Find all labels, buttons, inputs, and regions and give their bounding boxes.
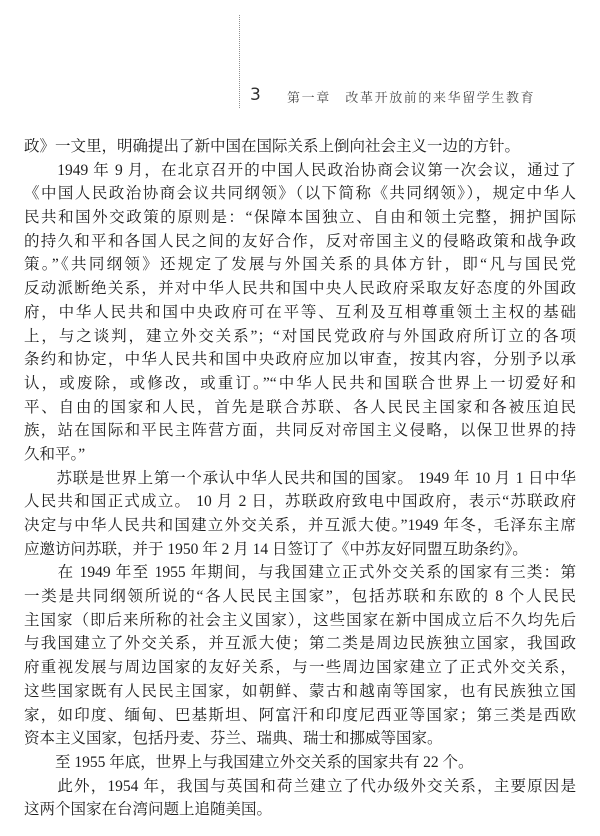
text-line: 决定与中华人民共和国建立外交关系，并互派大使。”1949 年冬，毛泽东主席 — [24, 514, 576, 538]
text-line: 此外，1954 年，我国与英国和荷兰建立了代办级外交关系，主要原因是 — [24, 775, 576, 799]
text-line: 政》一文里，明确提出了新中国在国际关系上倒向社会主义一边的方针。 — [24, 135, 576, 159]
header-divider-rule — [239, 15, 240, 108]
text-line: 资本主义国家，包括丹麦、芬兰、瑞典、瑞士和挪威等国家。 — [24, 727, 576, 751]
text-line: 族，站在国际和平民主阵营方面，共同反对帝国主义侵略，以保卫世界的持 — [24, 419, 576, 443]
text-line: 平、自由的国家和人民，首先是联合苏联、各人民民主国家和各被压迫民 — [24, 396, 576, 420]
text-line: 家，如印度、缅甸、巴基斯坦、阿富汗和印度尼西亚等国家；第三类是西欧 — [24, 704, 576, 728]
text-line: 与我国建立了外交关系，并互派大使；第二类是周边民族独立国家，我国政 — [24, 632, 576, 656]
text-line: 应邀访问苏联，并于 1950 年 2 月 14 日签订了《中苏友好同盟互助条约》… — [24, 538, 576, 562]
text-line: 府重视发展与周边国家的友好关系，与一些周边国家建立了正式外交关系， — [24, 656, 576, 680]
text-line: 人民共和国正式成立。 10 月 2 日，苏联政府致电中国政府，表示“苏联政府 — [24, 490, 576, 514]
text-line: 条约和协定，中华人民共和国中央政府应加以审查，按其内容，分别予以承 — [24, 348, 576, 372]
text-line: 认，或废除，或修改，或重订。”“中华人民共和国联合世界上一切爱好和 — [24, 372, 576, 396]
text-line: 这两个国家在台湾问题上追随美国。 — [24, 798, 576, 822]
text-line: 一类是共同纲领所说的“各人民民主国家”，包括苏联和东欧的 8 个人民民 — [24, 585, 576, 609]
text-line: 府，中华人民共和国中央政府可在平等、互利及互相尊重领土主权的基础 — [24, 301, 576, 325]
book-page: 3 第一章 改革开放前的来华留学生教育 政》一文里，明确提出了新中国在国际关系上… — [0, 0, 600, 836]
text-line: 上，与之谈判，建立外交关系”；“对国民党政府与外国政府所订立的各项 — [24, 325, 576, 349]
body-text: 政》一文里，明确提出了新中国在国际关系上倒向社会主义一边的方针。 1949 年 … — [24, 135, 576, 822]
text-line: 在 1949 年至 1955 年期间，与我国建立正式外交关系的国家有三类：第 — [24, 561, 576, 585]
chapter-title: 第一章 改革开放前的来华留学生教育 — [287, 90, 535, 106]
text-line: 主国家（即后来所称的社会主义国家），这些国家在新中国成立后不久均先后 — [24, 609, 576, 633]
text-line: 《中国人民政治协商会议共同纲领》（以下简称《共同纲领》），规定中华人 — [24, 182, 576, 206]
text-line: 1949 年 9 月，在北京召开的中国人民政治协商会议第一次会议，通过了 — [24, 159, 576, 183]
text-line: 苏联是世界上第一个承认中华人民共和国的国家。 1949 年 10 月 1 日中华 — [24, 467, 576, 491]
text-line: 这些国家既有人民民主国家，如朝鲜、蒙古和越南等国家，也有民族独立国 — [24, 680, 576, 704]
page-number: 3 — [250, 85, 261, 105]
text-line: 策。”《共同纲领》还规定了发展与外国关系的具体方针，即“凡与国民党 — [24, 253, 576, 277]
text-line: 反动派断绝关系，并对中华人民共和国中央人民政府采取友好态度的外国政 — [24, 277, 576, 301]
text-line: 的持久和平和各国人民之间的友好合作，反对帝国主义的侵略政策和战争政 — [24, 230, 576, 254]
text-line: 久和平。” — [24, 443, 576, 467]
text-line: 民共和国外交政策的原则是：“保障本国独立、自由和领土完整，拥护国际 — [24, 206, 576, 230]
text-line: 至 1955 年底，世界上与我国建立外交关系的国家共有 22 个。 — [24, 751, 576, 775]
